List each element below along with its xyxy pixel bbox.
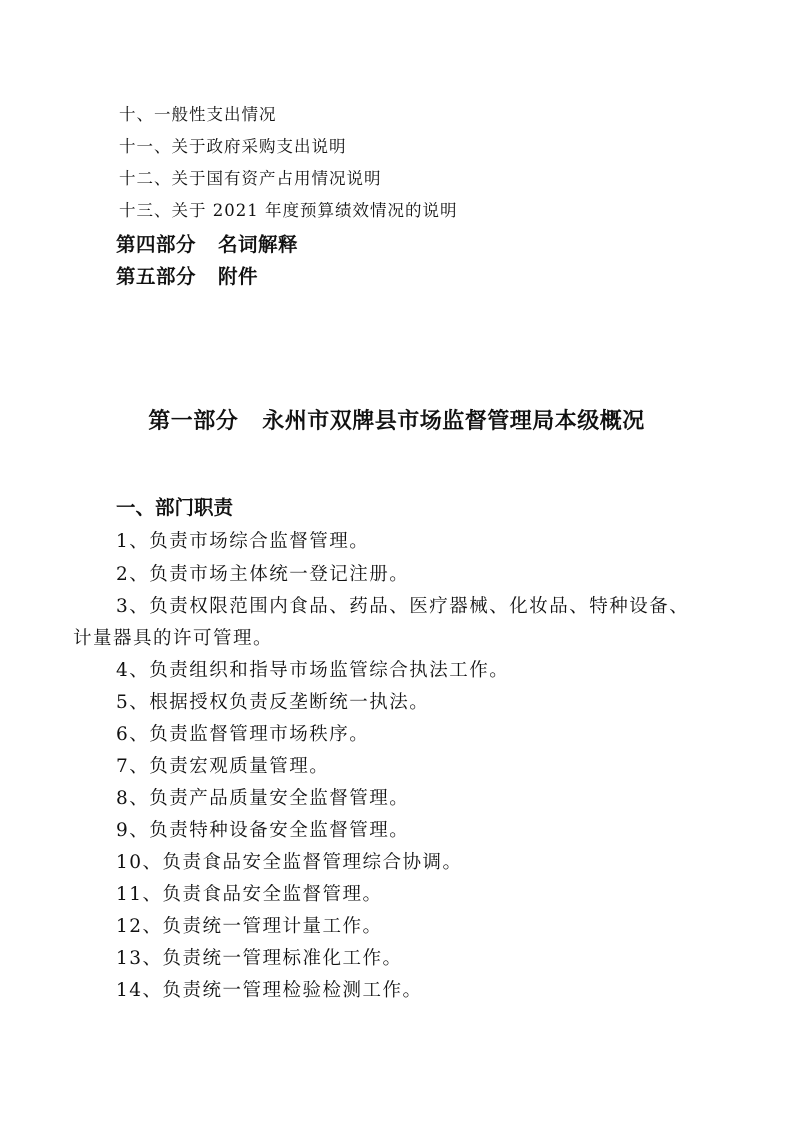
toc-part-label: 第五部分 (116, 265, 196, 288)
toc-part-title: 附件 (218, 265, 258, 288)
list-item: 6、负责监督管理市场秩序。 (116, 720, 369, 746)
list-item-continuation: 计量器具的许可管理。 (73, 624, 273, 650)
chapter-label: 第一部分 (148, 409, 238, 434)
toc-part: 第四部分名词解释 (116, 229, 298, 257)
list-item: 13、负责统一管理标准化工作。 (116, 944, 403, 970)
section-heading: 一、部门职责 (116, 492, 233, 520)
chapter-name: 永州市双牌县市场监督管理局本级概况 (262, 409, 645, 434)
toc-part: 第五部分附件 (116, 261, 258, 289)
list-item: 11、负责食品安全监督管理。 (116, 880, 383, 906)
list-item: 2、负责市场主体统一登记注册。 (116, 560, 409, 586)
list-item: 9、负责特种设备安全监督管理。 (116, 816, 409, 842)
list-item: 4、负责组织和指导市场监管综合执法工作。 (116, 656, 509, 682)
toc-item: 十三、关于 2021 年度预算绩效情况的说明 (119, 197, 457, 221)
list-item: 12、负责统一管理计量工作。 (116, 912, 383, 938)
toc-item: 十一、关于政府采购支出说明 (119, 133, 347, 157)
list-item: 3、负责权限范围内食品、药品、医疗器械、化妆品、特种设备、 (116, 592, 689, 618)
toc-part-label: 第四部分 (116, 233, 196, 256)
list-item: 8、负责产品质量安全监督管理。 (116, 784, 409, 810)
list-item: 14、负责统一管理检验检测工作。 (116, 976, 423, 1002)
list-item: 1、负责市场综合监督管理。 (116, 527, 369, 553)
list-item: 7、负责宏观质量管理。 (116, 752, 329, 778)
toc-part-title: 名词解释 (218, 233, 298, 256)
toc-item: 十、一般性支出情况 (119, 101, 277, 125)
toc-item: 十二、关于国有资产占用情况说明 (119, 165, 382, 189)
chapter-title: 第一部分永州市双牌县市场监督管理局本级概况 (0, 404, 793, 435)
list-item: 10、负责食品安全监督管理综合协调。 (116, 848, 463, 874)
list-item: 5、根据授权负责反垄断统一执法。 (116, 688, 429, 714)
